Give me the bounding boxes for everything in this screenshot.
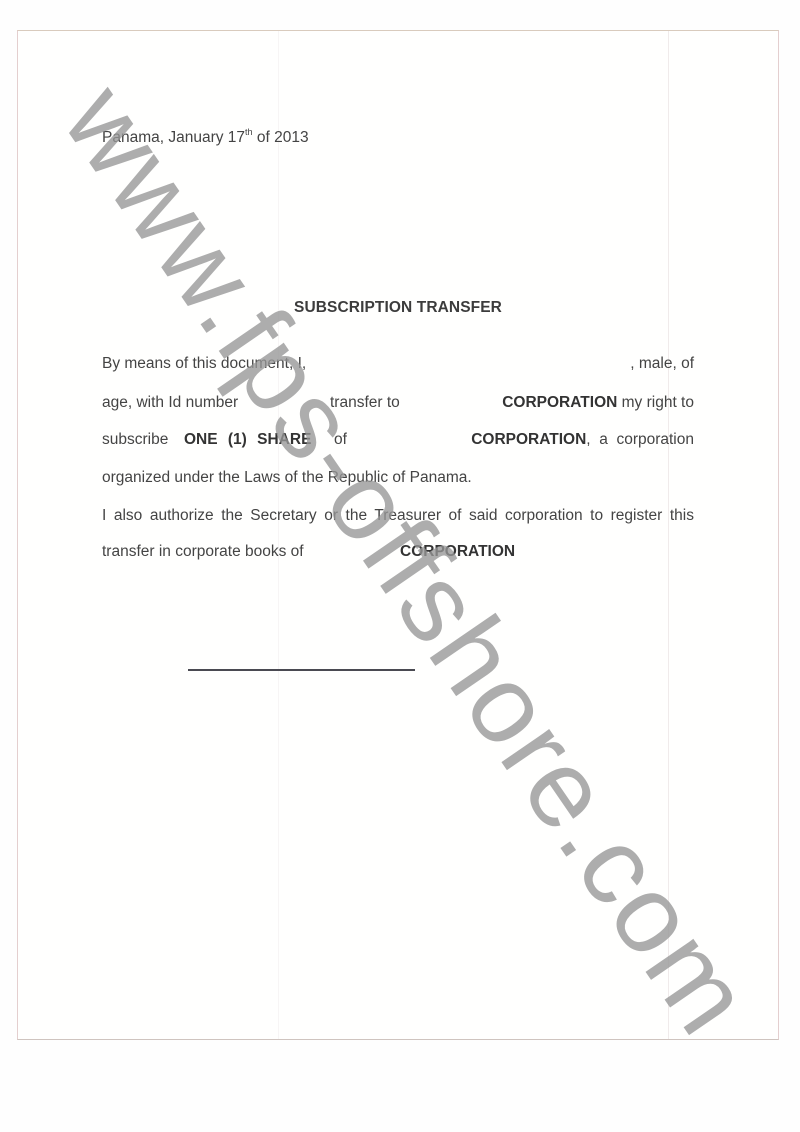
scan-artifact-line [278, 31, 279, 1039]
line-text: I also authorize the Secretary or the Tr… [102, 507, 694, 525]
line-text: my right to [617, 394, 694, 411]
paragraph-line-1: By means of this document, I, , male, of [102, 355, 694, 375]
line-text: , a corporation [586, 431, 694, 448]
paragraph-line-6: transfer in corporate books of CORPORATI… [102, 543, 694, 563]
line-text: transfer in corporate books of [102, 543, 304, 561]
line-text: organized under the Laws of the Republic… [102, 469, 472, 487]
scan-artifact-line [668, 31, 669, 1039]
document-date: Panama, January 17th of 2013 [102, 127, 309, 147]
corporation-label: CORPORATION [502, 394, 617, 411]
paragraph-line-4: organized under the Laws of the Republic… [102, 469, 694, 489]
share-amount: ONE (1) SHARE [184, 431, 311, 449]
corporation-label: CORPORATION [471, 431, 586, 448]
document-page [17, 30, 779, 1040]
line-text: subscribe [102, 431, 168, 449]
signature-line [188, 669, 415, 671]
line-text: age, with Id number [102, 394, 238, 412]
paragraph-line-5: I also authorize the Secretary or the Tr… [102, 507, 694, 527]
document-title: SUBSCRIPTION TRANSFER [0, 299, 796, 317]
date-year: of 2013 [253, 129, 309, 146]
date-ordinal: th [245, 127, 253, 137]
date-text: Panama, January 17 [102, 129, 245, 146]
line-text: , male, of [630, 355, 694, 373]
line-text: of [334, 431, 347, 449]
corporation-label: CORPORATION [400, 543, 515, 561]
paragraph-line-2: age, with Id number transfer to CORPORAT… [102, 394, 694, 414]
line-text: By means of this document, I, [102, 355, 306, 373]
line-text: transfer to [330, 394, 400, 412]
paragraph-line-3: subscribe ONE (1) SHARE of CORPORATION, … [102, 431, 694, 451]
